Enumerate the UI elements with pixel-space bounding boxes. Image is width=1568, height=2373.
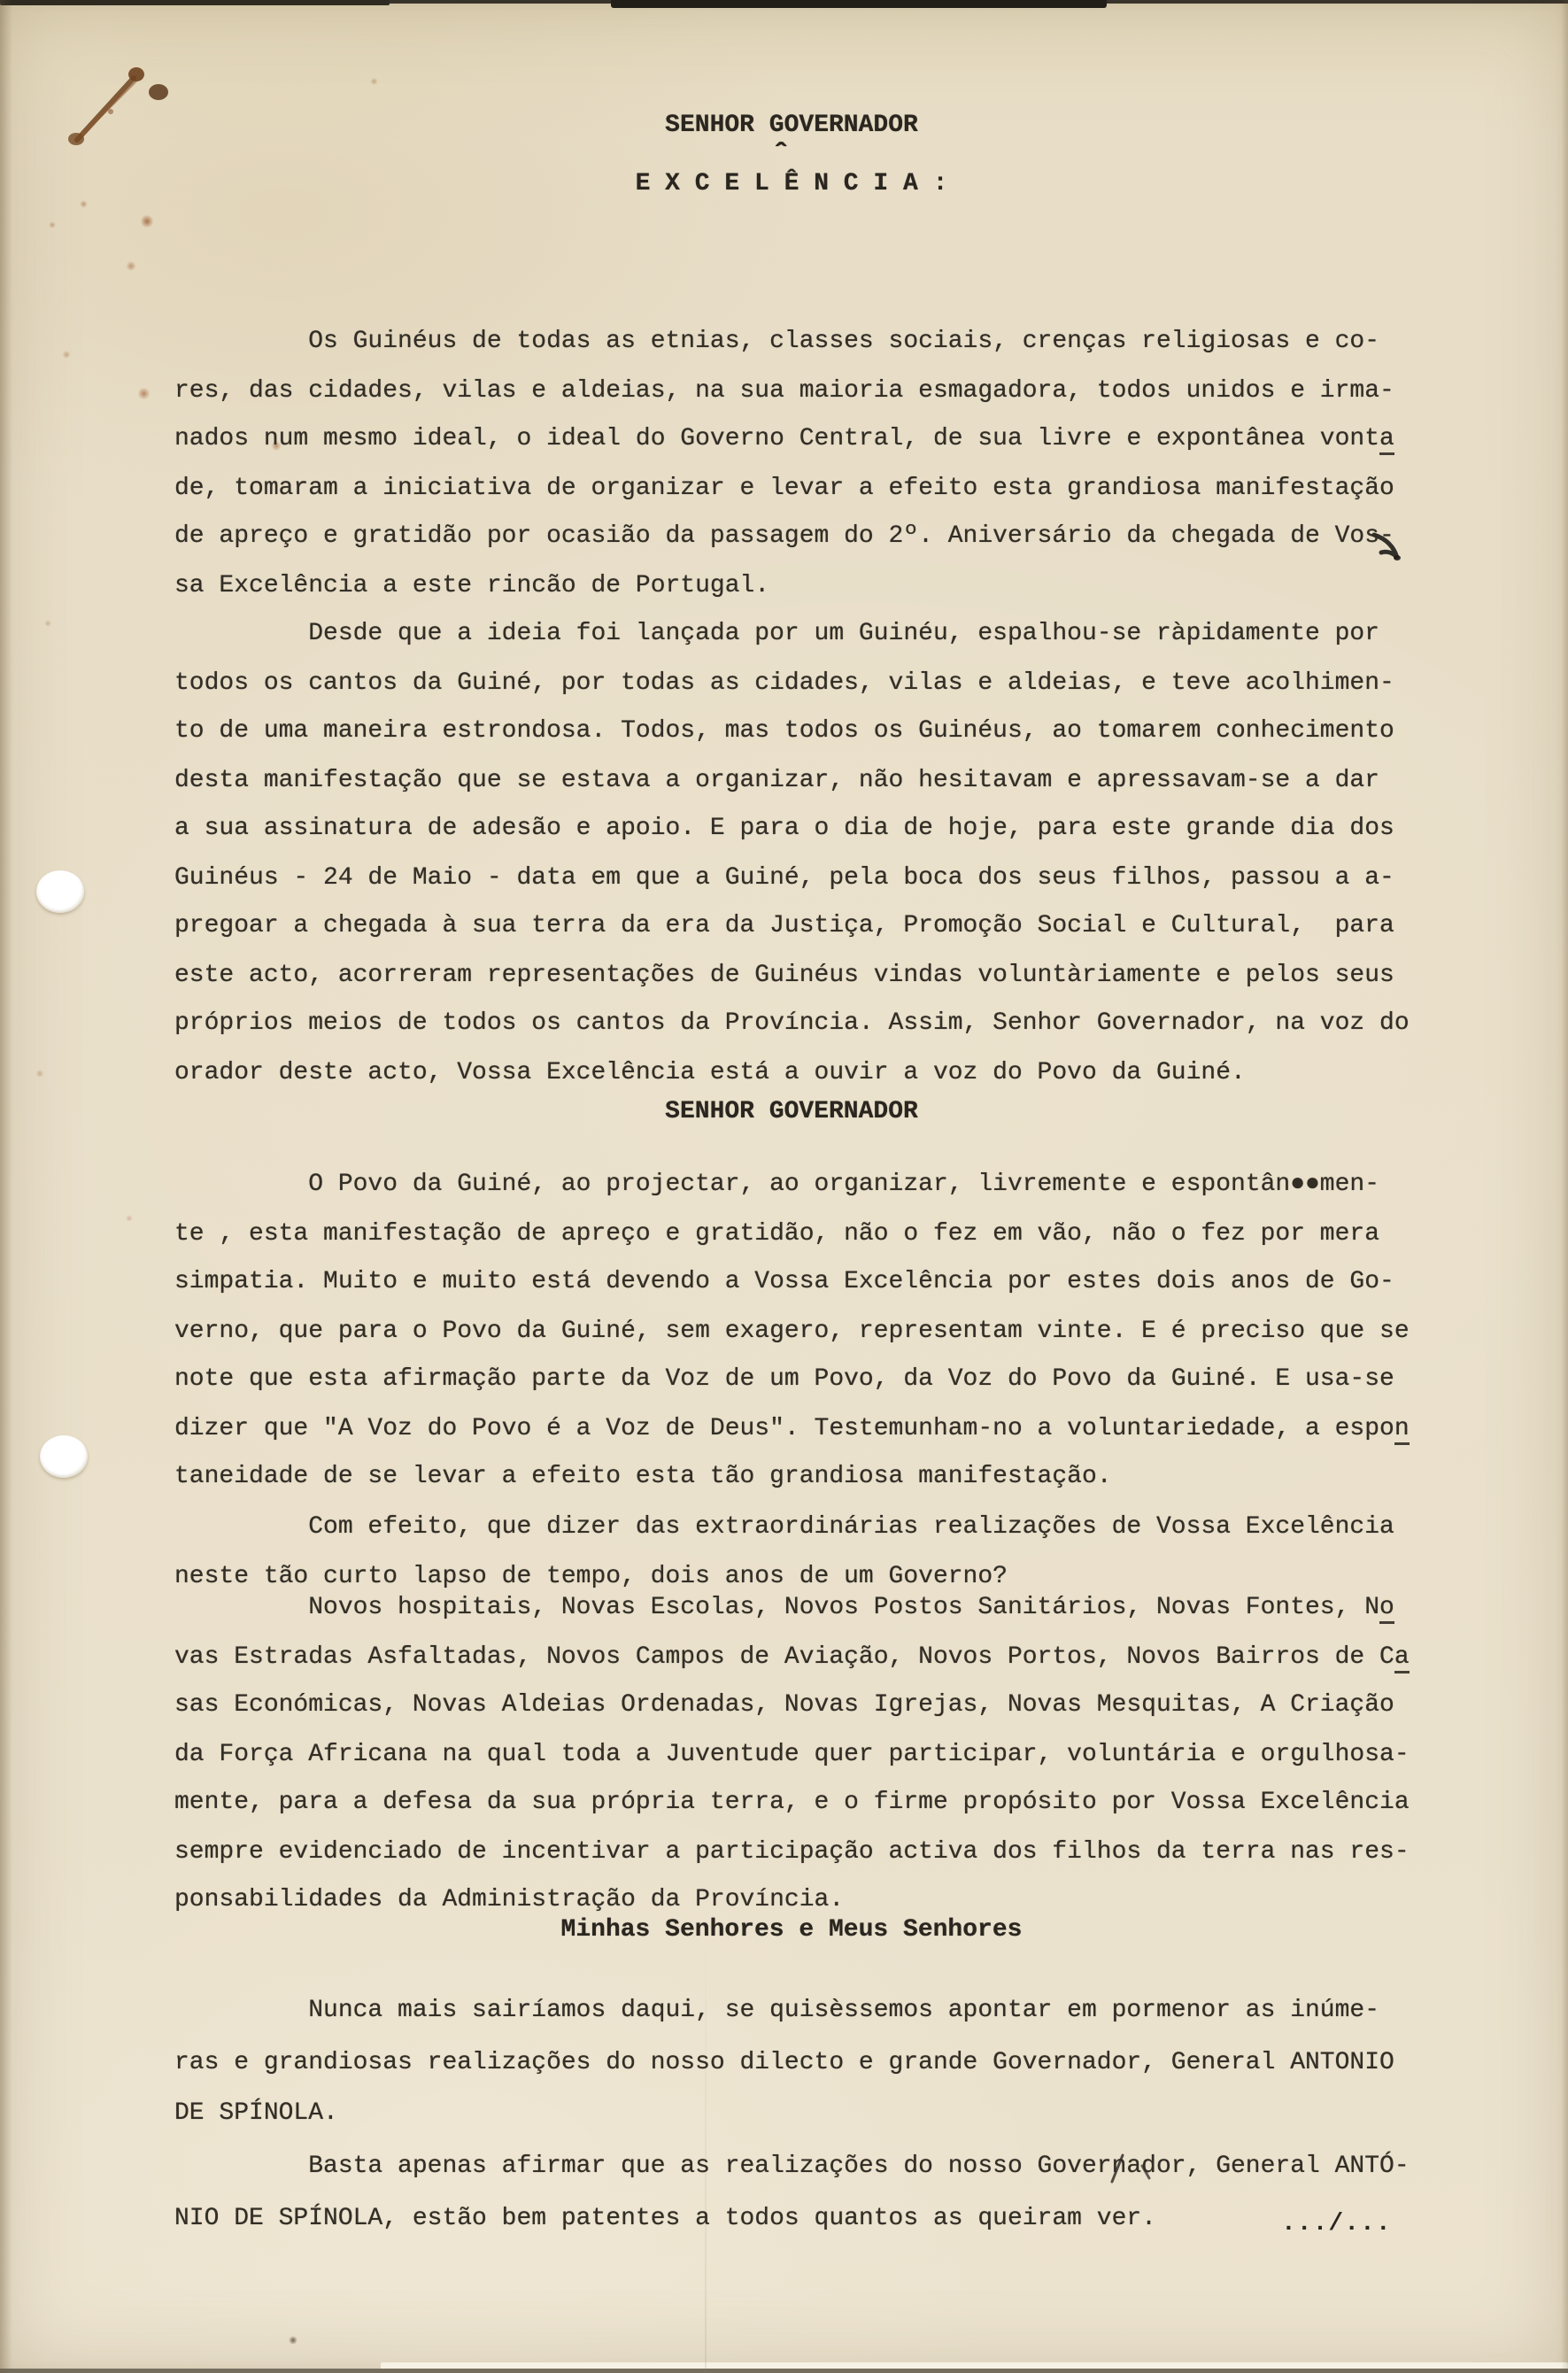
text-line: dizer que "A Voz do Povo é a Voz de Deus… — [174, 1404, 1409, 1453]
text-line: próprios meios de todos os cantos da Pro… — [174, 999, 1409, 1047]
typed-caret-accent: ˆ — [772, 140, 790, 174]
text-line: orador deste acto, Vossa Excelência está… — [174, 1048, 1409, 1097]
text-line: taneidade de se levar a efeito esta tão … — [174, 1452, 1409, 1501]
text-line: todos os cantos da Guiné, por todas as c… — [174, 659, 1409, 707]
text-line: O Povo da Guiné, ao projectar, ao organi… — [174, 1160, 1409, 1209]
text-line: sempre evidenciado de incentivar a parti… — [174, 1828, 1409, 1876]
section-heading: SENHOR GOVERNADOR — [174, 110, 1409, 142]
text-line: simpatia. Muito e muito está devendo a V… — [174, 1257, 1409, 1306]
typewritten-document-page: SENHOR GOVERNADORE X C E L Ê N C I A : O… — [0, 0, 1568, 2373]
page-continuation-mark: .../... — [1281, 2210, 1392, 2238]
text-line: Novos hospitais, Novas Escolas, Novos Po… — [174, 1583, 1409, 1632]
text-line: de apreço e gratidão por ocasião da pass… — [174, 512, 1409, 560]
text-line: Nunca mais sairíamos daqui, se quisèssem… — [174, 1985, 1409, 2037]
text-line: verno, que para o Povo da Guiné, sem exa… — [174, 1307, 1409, 1356]
section-heading: SENHOR GOVERNADOR — [174, 1096, 1409, 1128]
paragraph: Basta apenas afirmar que as realizações … — [174, 2141, 1409, 2244]
paragraph: Novos hospitais, Novas Escolas, Novos Po… — [174, 1583, 1409, 1924]
text-line: to de uma maneira estrondosa. Todos, mas… — [174, 707, 1409, 755]
text-line: vas Estradas Asfaltadas, Novos Campos de… — [174, 1633, 1409, 1681]
text-line: DE SPÍNOLA. — [174, 2088, 1409, 2139]
text-line: nados num mesmo ideal, o ideal do Govern… — [174, 414, 1409, 463]
text-line: Guinéus - 24 de Maio - data em que a Gui… — [174, 854, 1409, 902]
text-line: te , esta manifestação de apreço e grati… — [174, 1210, 1409, 1258]
paragraph: Nunca mais sairíamos daqui, se quisèssem… — [174, 1985, 1409, 2139]
text-line: da Força Africana na qual toda a Juventu… — [174, 1730, 1409, 1779]
text-line: Os Guinéus de todas as etnias, classes s… — [174, 317, 1409, 366]
paragraph: O Povo da Guiné, ao projectar, ao organi… — [174, 1160, 1409, 1501]
text-line: sas Económicas, Novas Aldeias Ordenadas,… — [174, 1681, 1409, 1729]
text-line: ras e grandiosas realizações do nosso di… — [174, 2037, 1409, 2089]
text-line: de, tomaram a iniciativa de organizar e … — [174, 464, 1409, 513]
text-line: Desde que a ideia foi lançada por um Gui… — [174, 609, 1409, 658]
text-line: este acto, acorreram representações de G… — [174, 951, 1409, 1000]
text-line: desta manifestação que se estava a organ… — [174, 756, 1409, 805]
text-line: pregoar a chegada à sua terra da era da … — [174, 901, 1409, 950]
text-line: Com efeito, que dizer das extraordinária… — [174, 1503, 1409, 1551]
text-line: note que esta afirmação parte da Voz de … — [174, 1355, 1409, 1403]
section-heading: Minhas Senhores e Meus Senhores — [174, 1914, 1409, 1946]
text-line: Basta apenas afirmar que as realizações … — [174, 2141, 1409, 2192]
paragraph: Os Guinéus de todas as etnias, classes s… — [174, 317, 1409, 609]
section-heading: E X C E L Ê N C I A : — [174, 168, 1409, 200]
paragraph: Desde que a ideia foi lançada por um Gui… — [174, 609, 1409, 1096]
text-line: NIO DE SPÍNOLA, estão bem patentes a tod… — [174, 2193, 1409, 2245]
text-line: sa Excelência a este rincão de Portugal. — [174, 561, 1409, 610]
text-line: mente, para a defesa da sua própria terr… — [174, 1778, 1409, 1827]
text-line: res, das cidades, vilas e aldeias, na su… — [174, 367, 1409, 415]
document-text: SENHOR GOVERNADORE X C E L Ê N C I A : O… — [0, 0, 1568, 2373]
text-line: a sua assinatura de adesão e apoio. E pa… — [174, 804, 1409, 853]
